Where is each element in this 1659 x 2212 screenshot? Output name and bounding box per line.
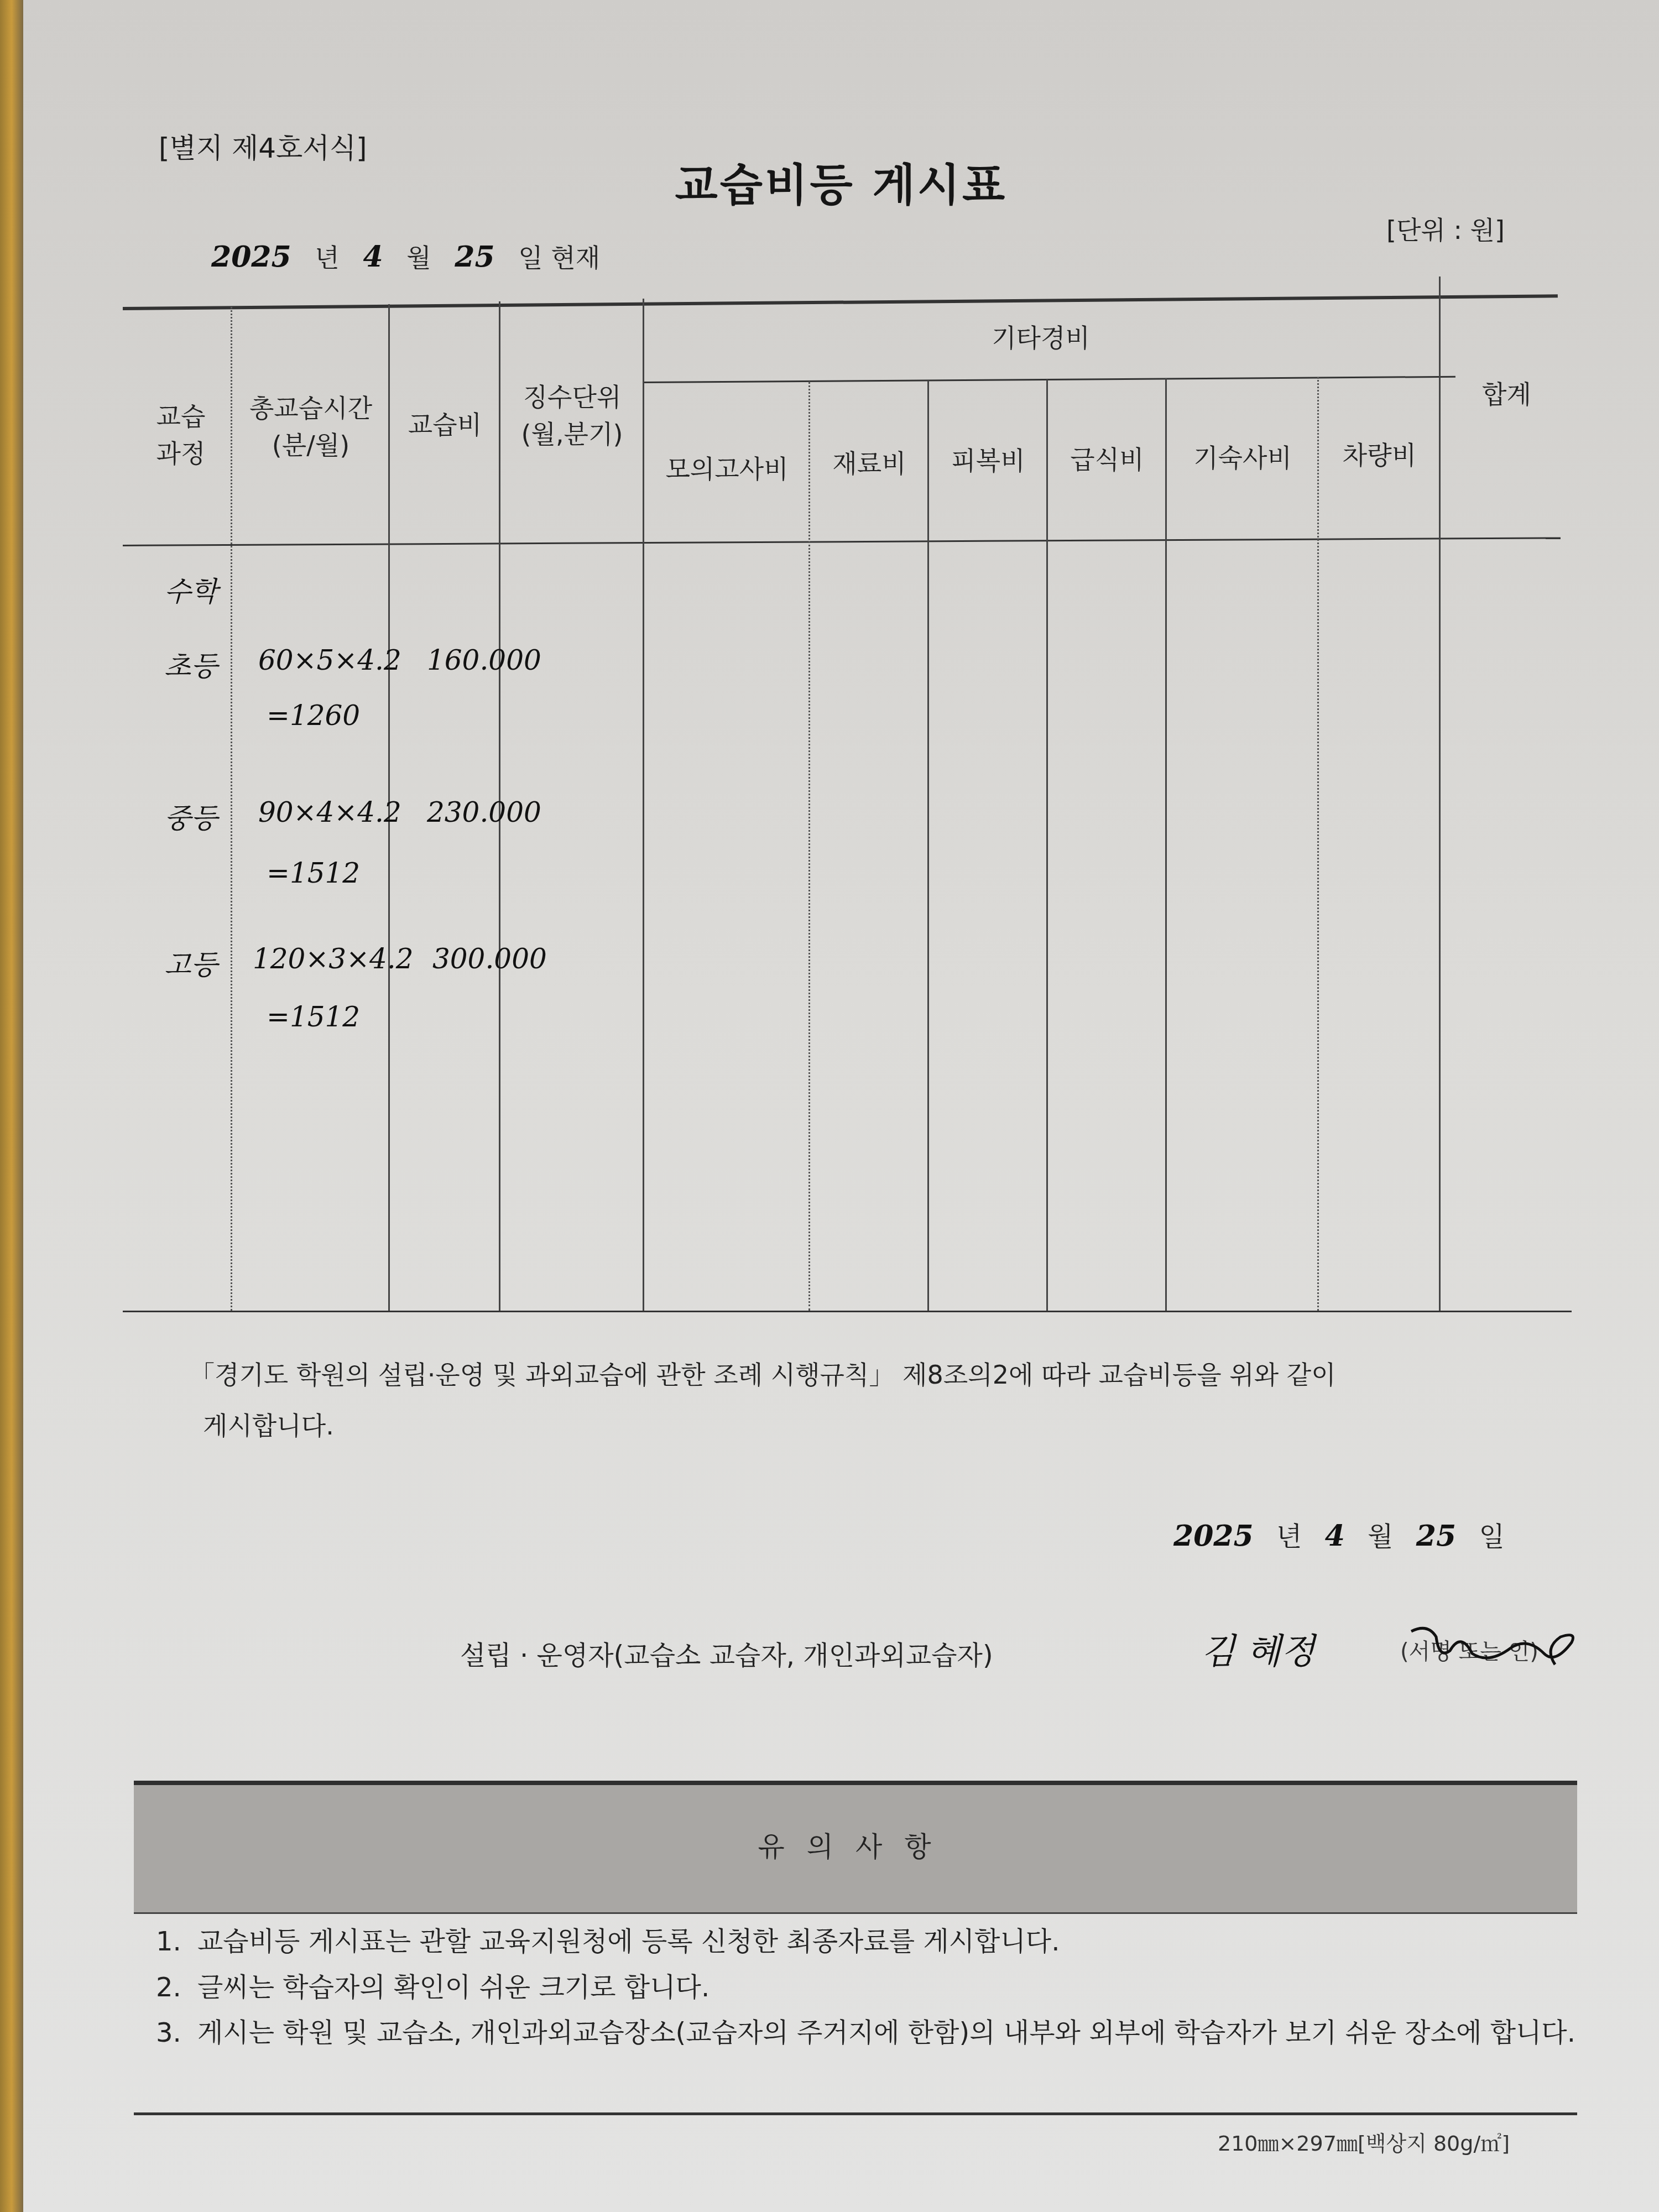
paper-spec: 210㎜×297㎜[백상지 80g/㎡] xyxy=(1218,2126,1510,2157)
page-title: 교습비등 게시표 xyxy=(23,149,1659,213)
table-top-border xyxy=(123,294,1558,310)
subject-label: 수학 xyxy=(164,570,218,609)
header-materials: 재료비 xyxy=(811,445,927,482)
unit-label: [단위 : 원] xyxy=(1386,210,1505,247)
other-expenses-divider xyxy=(643,376,1455,383)
signature-scribble-icon xyxy=(1406,1620,1583,1670)
signer-label: 설립 · 운영자(교습소 교습자, 개인과외교습자) xyxy=(460,1634,993,1672)
sign-day-suffix: 일 xyxy=(1479,1521,1504,1552)
sign-year: 2025 xyxy=(1173,1519,1254,1553)
caution-item-number: 1. xyxy=(156,1919,197,1965)
header-dormitory: 기숙사비 xyxy=(1168,440,1317,477)
row-course: 초등 xyxy=(164,644,218,684)
notice-text: 「경기도 학원의 설립·운영 및 과외교습에 관한 조례 시행규칙」 제8조의2… xyxy=(189,1349,1572,1451)
col-divider xyxy=(808,382,810,1311)
as-of-month-suffix: 월 xyxy=(406,243,431,273)
row-tuition: 160.000 xyxy=(427,644,541,676)
caution-item: 3. 게시는 학원 및 교습소, 개인과외교습장소(교습자의 주거지에 한함)의… xyxy=(156,2010,1577,2056)
col-divider xyxy=(1046,379,1048,1311)
row-tuition: 230.000 xyxy=(427,796,541,828)
as-of-year-suffix: 년 xyxy=(315,243,339,273)
header-clothing: 피복비 xyxy=(930,442,1046,479)
as-of-day-suffix: 일 현재 xyxy=(518,243,600,273)
row-hours: =1512 xyxy=(267,1001,360,1033)
sign-month-suffix: 월 xyxy=(1368,1521,1393,1552)
col-divider xyxy=(1439,276,1441,1311)
header-bottom-border xyxy=(123,537,1561,546)
caution-item-text: 게시는 학원 및 교습소, 개인과외교습장소(교습자의 주거지에 한함)의 내부… xyxy=(197,2010,1575,2056)
header-vehicle: 차량비 xyxy=(1320,437,1439,474)
header-total-hours: 총교습시간 (분/월) xyxy=(233,390,388,463)
table-bottom-border xyxy=(123,1311,1572,1312)
notice-line-1: 「경기도 학원의 설립·운영 및 과외교습에 관한 조례 시행규칙」 제8조의2… xyxy=(189,1349,1572,1400)
col-divider xyxy=(927,380,929,1311)
notice-line-2: 게시합니다. xyxy=(189,1400,1572,1451)
as-of-year: 2025 xyxy=(211,240,291,274)
header-meals: 급식비 xyxy=(1049,441,1165,478)
row-hours: =1512 xyxy=(267,857,360,889)
header-other-expenses: 기타경비 xyxy=(643,320,1439,357)
as-of-date: 2025 년 4 월 25 일 현재 xyxy=(211,238,615,274)
header-course: 교습 과정 xyxy=(134,398,228,472)
as-of-month: 4 xyxy=(363,240,383,274)
row-formula: 120×3×4.2 xyxy=(253,943,414,975)
sign-day: 25 xyxy=(1416,1519,1456,1553)
col-divider xyxy=(643,299,644,1311)
header-collection-unit: 징수단위 (월,분기) xyxy=(502,379,643,452)
row-formula: 90×4×4.2 xyxy=(258,796,401,828)
row-tuition: 300.000 xyxy=(432,943,547,975)
as-of-day: 25 xyxy=(455,240,494,274)
signer-name: 김 혜정 xyxy=(1201,1623,1315,1674)
bottom-rule xyxy=(134,2112,1577,2115)
sign-month: 4 xyxy=(1325,1519,1345,1553)
row-formula: 60×5×4.2 xyxy=(258,644,401,676)
caution-item-number: 2. xyxy=(156,1965,197,2011)
caution-item: 1. 교습비등 게시표는 관할 교육지원청에 등록 신청한 최종자료를 게시합니… xyxy=(156,1919,1577,1965)
caution-item-text: 글씨는 학습자의 확인이 쉬운 크기로 합니다. xyxy=(197,1965,709,2011)
header-tuition: 교습비 xyxy=(391,406,499,444)
signature-date: 2025 년 4 월 25 일 xyxy=(1173,1515,1519,1553)
col-divider xyxy=(1317,377,1319,1311)
header-total: 합계 xyxy=(1442,376,1572,413)
caution-title: 유의사항 xyxy=(134,1825,1577,1865)
col-divider xyxy=(1165,378,1167,1311)
caution-list: 1. 교습비등 게시표는 관할 교육지원청에 등록 신청한 최종자료를 게시합니… xyxy=(156,1919,1577,2056)
header-mock-exam: 모의고사비 xyxy=(645,451,808,488)
col-divider xyxy=(231,307,232,1311)
caution-item-number: 3. xyxy=(156,2010,197,2056)
row-course: 고등 xyxy=(164,943,218,983)
caution-item-text: 교습비등 게시표는 관할 교육지원청에 등록 신청한 최종자료를 게시합니다. xyxy=(197,1919,1060,1965)
form-page: [별지 제4호서식] 교습비등 게시표 [단위 : 원] 2025 년 4 월 … xyxy=(23,0,1659,2212)
row-hours: =1260 xyxy=(267,700,360,732)
picture-frame-edge xyxy=(0,0,23,2212)
sign-year-suffix: 년 xyxy=(1276,1521,1302,1552)
caution-item: 2. 글씨는 학습자의 확인이 쉬운 크기로 합니다. xyxy=(156,1965,1577,2011)
row-course: 중등 xyxy=(164,796,218,836)
